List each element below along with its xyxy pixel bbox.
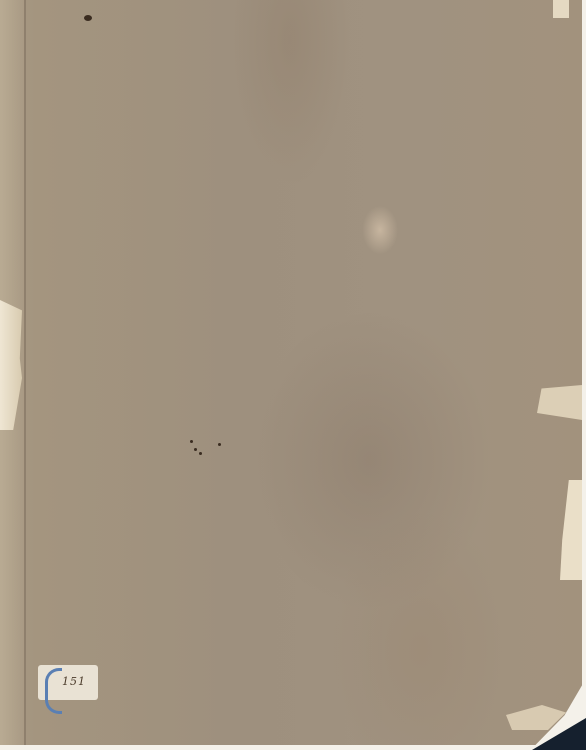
- ink-spot: [218, 443, 221, 446]
- ink-spot: [84, 15, 92, 21]
- ink-spot: [194, 448, 197, 451]
- label-number: 151: [62, 675, 86, 688]
- ink-spot: [190, 440, 193, 443]
- book-cover: [0, 0, 582, 745]
- bracket-mark: [45, 668, 62, 714]
- spine-fold: [24, 0, 26, 745]
- ink-spot: [199, 452, 202, 455]
- torn-corner-top: [553, 0, 569, 18]
